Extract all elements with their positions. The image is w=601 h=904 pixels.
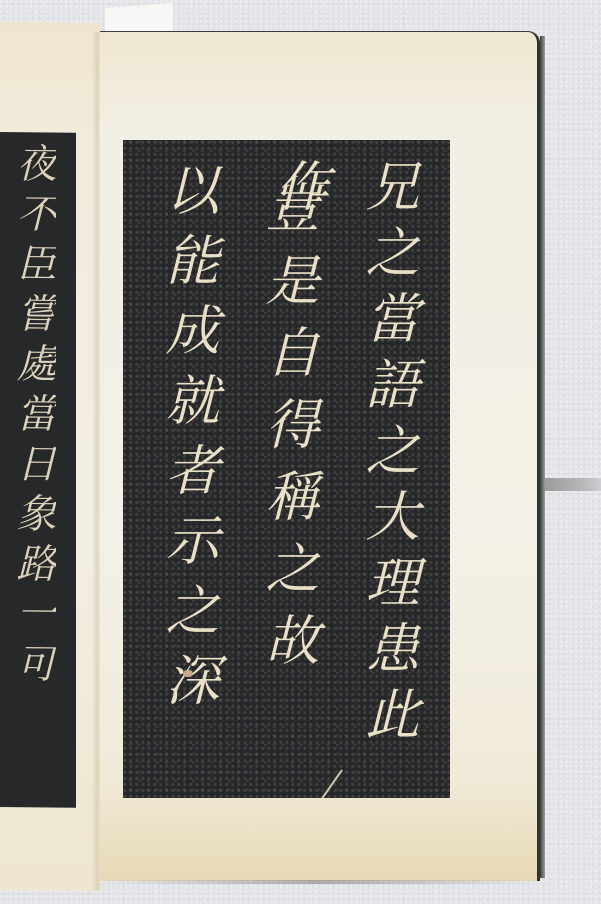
- calligraphy-column-1: 兄之當語之大理患此作: [343, 158, 433, 798]
- paper-tab: [105, 3, 173, 31]
- left-rubbing-panel: 夜不臣嘗處當日象路一可: [0, 132, 76, 808]
- left-calligraphy-column: 夜不臣嘗處當日象路一可: [2, 142, 64, 693]
- page-bottom-shadow: [100, 880, 540, 884]
- stain-spot: [183, 670, 193, 677]
- side-shadow-marker: [545, 478, 601, 491]
- calligraphy-column-3: 以能成就者示之深: [143, 162, 233, 722]
- page-edge: [540, 36, 545, 878]
- calligraphy-column-2: 豈是自得稱之故: [243, 180, 333, 684]
- stone-crack: [318, 769, 343, 798]
- left-page: 夜不臣嘗處當日象路一可: [0, 22, 100, 891]
- right-rubbing-panel: 兄之當語之大理患此作 豈是自得稱之故 以能成就者示之深: [123, 140, 450, 798]
